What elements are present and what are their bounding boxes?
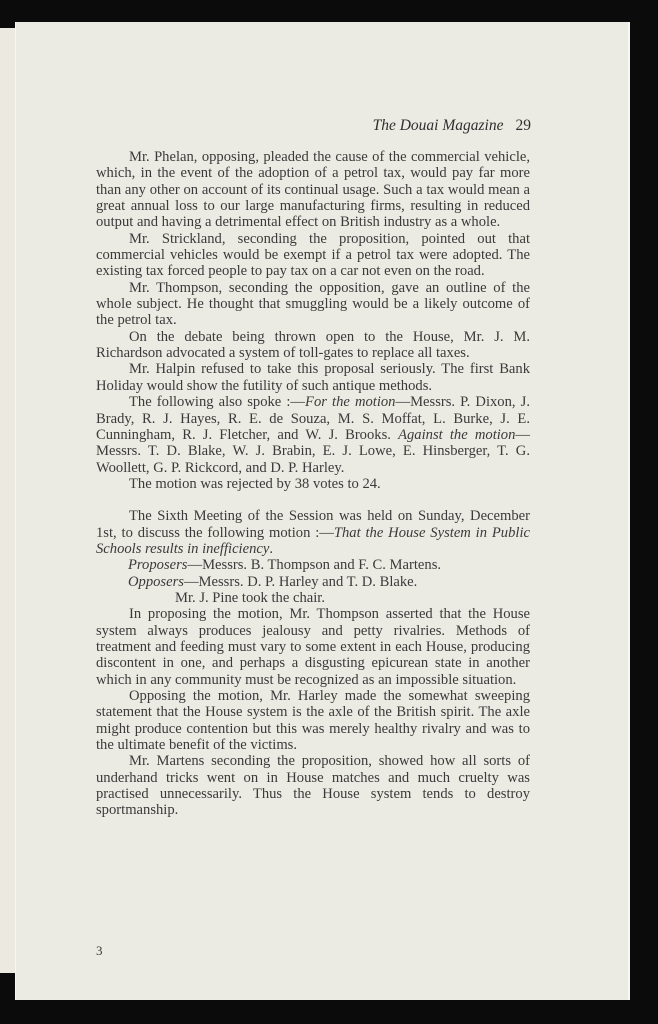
proposers-label: Proposers bbox=[128, 557, 187, 573]
speakers-lead: The following also spoke :— bbox=[129, 394, 305, 410]
paragraph-thompson-proposing: In proposing the motion, Mr. Thompson as… bbox=[96, 606, 530, 688]
paragraph-halpin: Mr. Halpin refused to take this proposal… bbox=[96, 361, 530, 394]
for-motion-label: For the motion bbox=[305, 394, 395, 410]
meeting-end: . bbox=[269, 541, 273, 557]
magazine-page: The Douai Magazine29 Mr. Phelan, opposin… bbox=[15, 22, 630, 1000]
against-motion-label: Against the motion bbox=[398, 427, 515, 443]
paragraph-richardson: On the debate being thrown open to the H… bbox=[96, 329, 530, 362]
page-number: 29 bbox=[516, 117, 532, 134]
opposers-label: Opposers bbox=[128, 574, 184, 590]
proposers-names: —Messrs. B. Thompson and F. C. Martens. bbox=[187, 557, 441, 573]
opposers-line: Opposers—Messrs. D. P. Harley and T. D. … bbox=[96, 574, 530, 590]
paragraph-sixth-meeting: The Sixth Meeting of the Session was hel… bbox=[96, 508, 530, 557]
chair-line: Mr. J. Pine took the chair. bbox=[96, 590, 530, 606]
proposers-line: Proposers—Messrs. B. Thompson and F. C. … bbox=[96, 557, 530, 573]
signature-mark: 3 bbox=[96, 943, 103, 959]
paragraph-vote-result: The motion was rejected by 38 votes to 2… bbox=[96, 476, 530, 492]
paragraph-harley-opposing: Opposing the motion, Mr. Harley made the… bbox=[96, 688, 530, 753]
paragraph-strickland: Mr. Strickland, seconding the propositio… bbox=[96, 231, 530, 280]
body-text: Mr. Phelan, opposing, pleaded the cause … bbox=[96, 149, 530, 819]
running-header: The Douai Magazine29 bbox=[15, 117, 531, 135]
paragraph-other-speakers: The following also spoke :—For the motio… bbox=[96, 394, 530, 476]
magazine-title: The Douai Magazine bbox=[373, 117, 504, 134]
paragraph-martens-seconding: Mr. Martens seconding the proposition, s… bbox=[96, 753, 530, 818]
opposers-names: —Messrs. D. P. Harley and T. D. Blake. bbox=[184, 574, 417, 590]
paragraph-thompson: Mr. Thompson, seconding the opposition, … bbox=[96, 280, 530, 329]
paragraph-phelan: Mr. Phelan, opposing, pleaded the cause … bbox=[96, 149, 530, 231]
